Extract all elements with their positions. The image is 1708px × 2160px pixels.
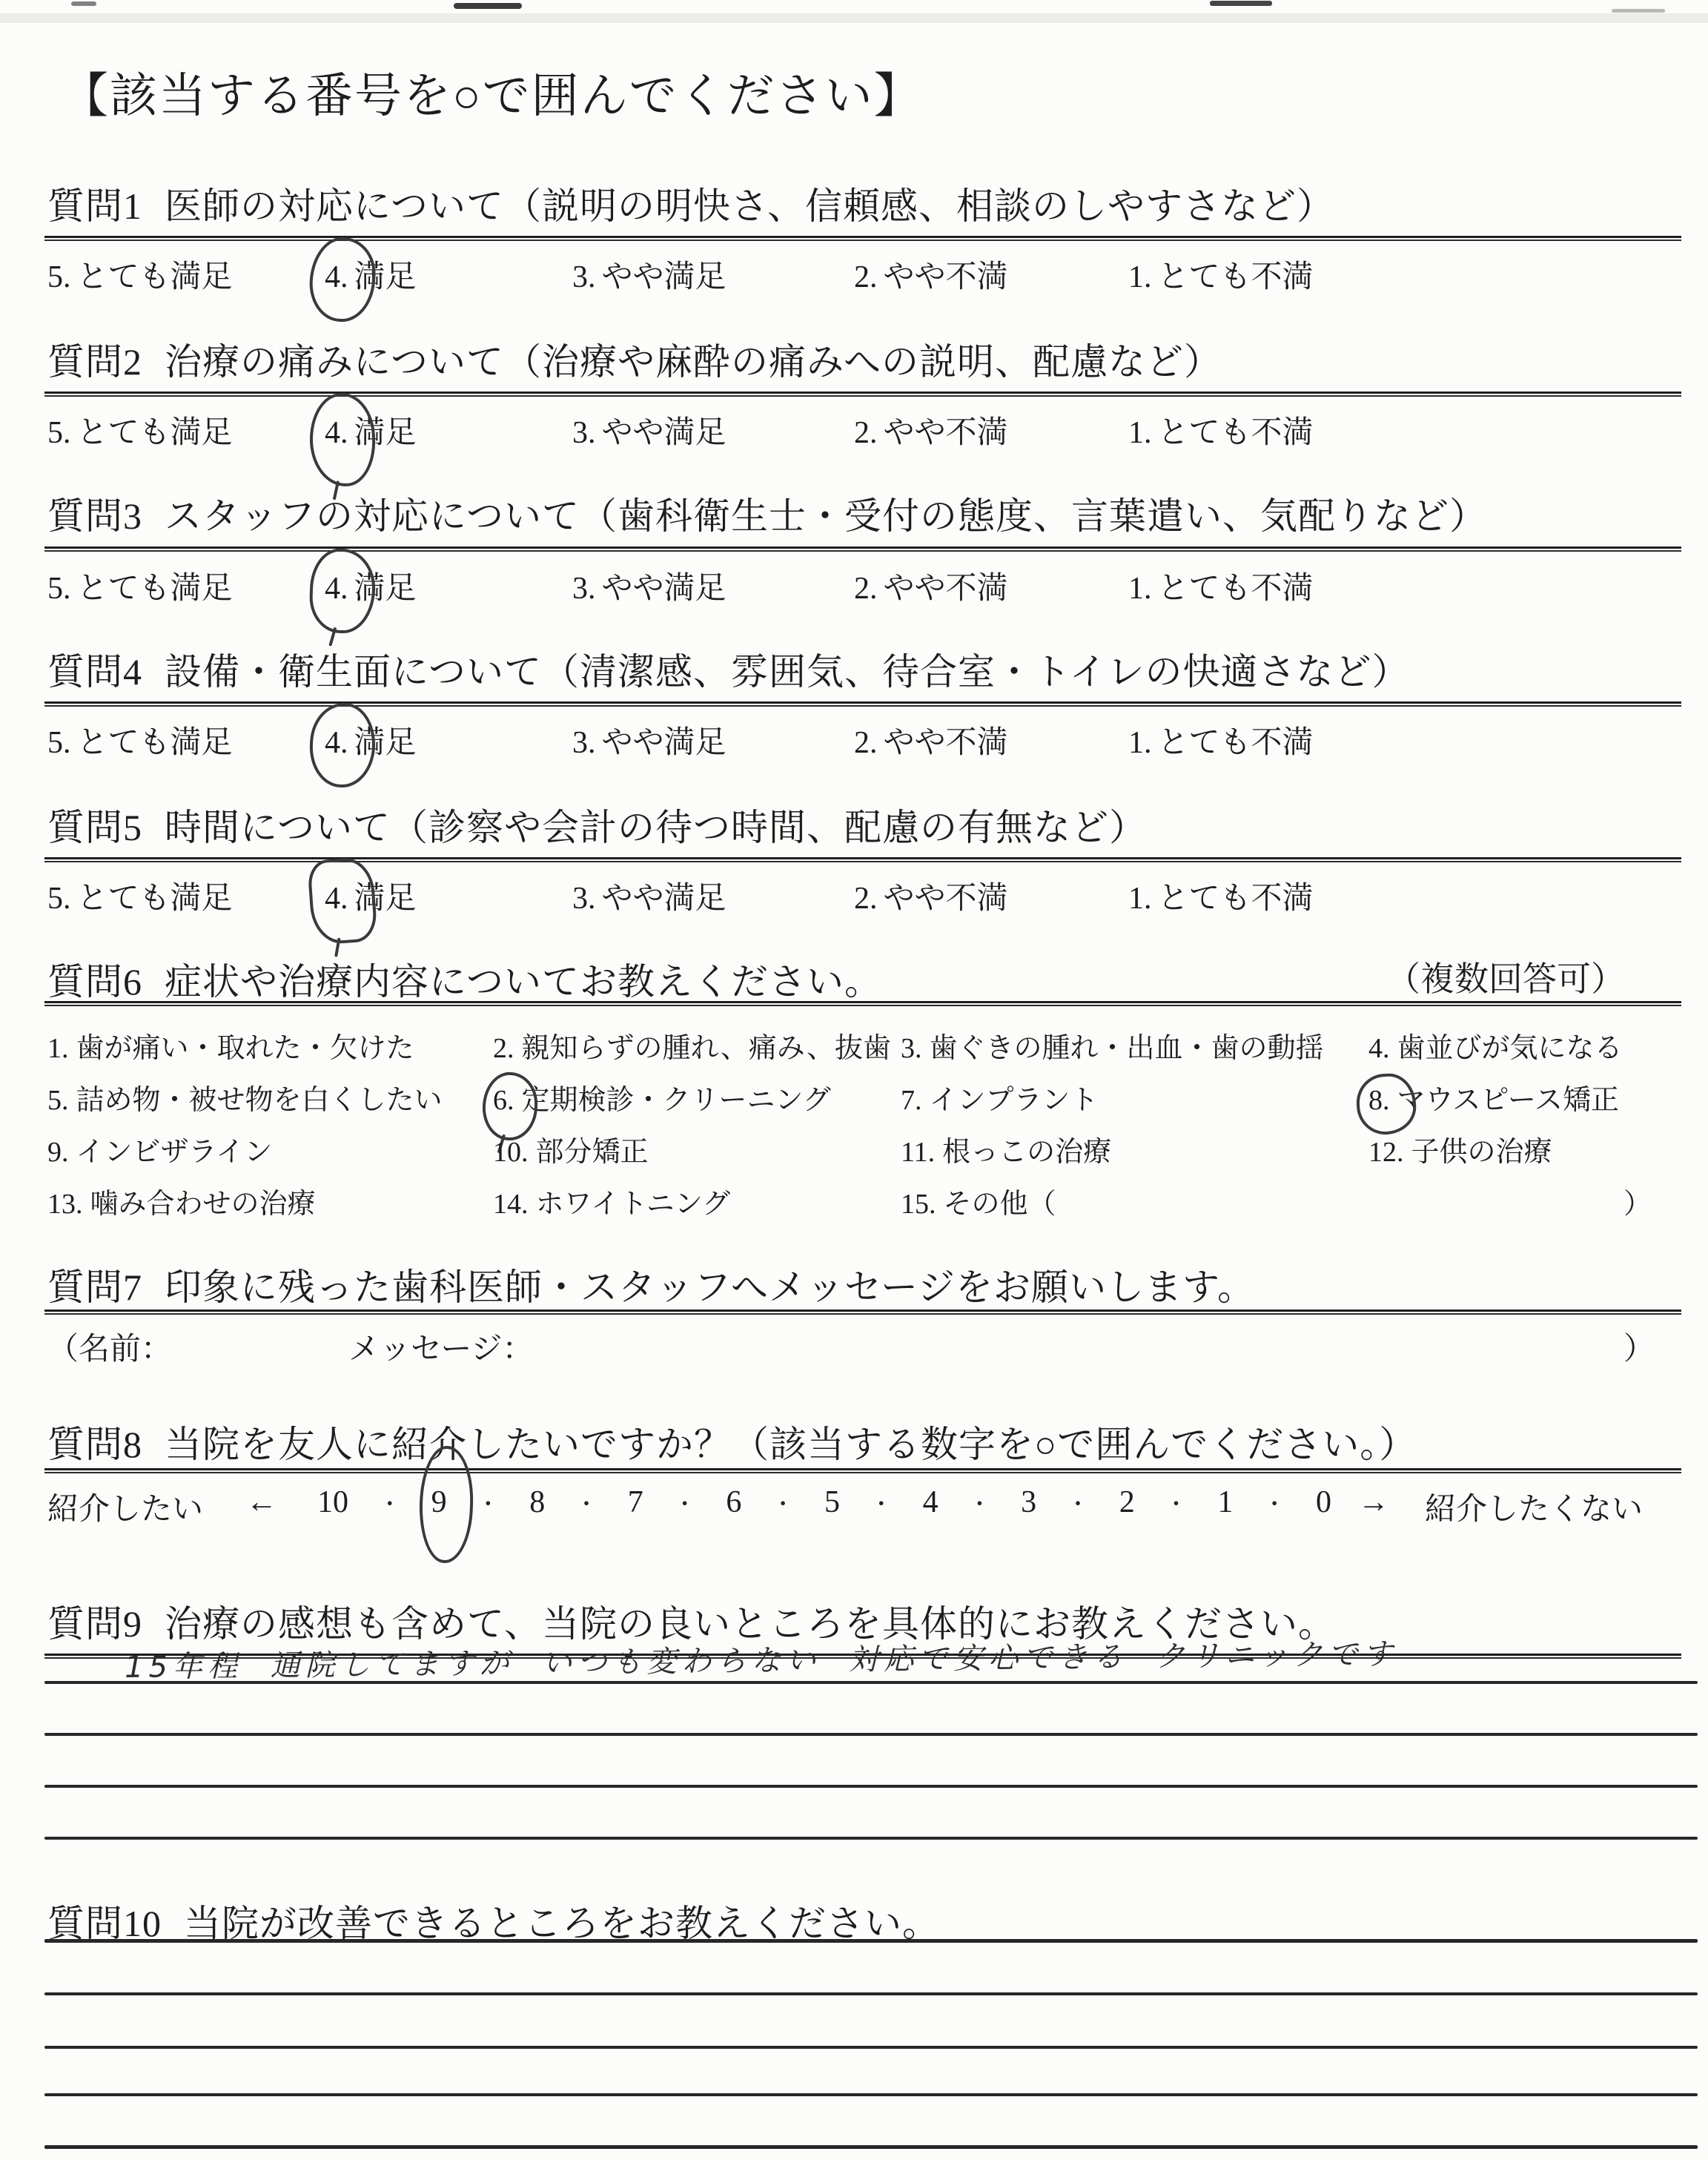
option-number: 1.: [1128, 572, 1152, 606]
item-number: 5.: [47, 1085, 69, 1116]
divider: [44, 857, 1681, 862]
divider: [44, 701, 1681, 707]
scale-value: 10: [317, 1484, 348, 1520]
question-6-row-2: 5.詰め物・被せ物を白くしたい 6.定期検診・クリーニング 7.インプラント 8…: [0, 1077, 1708, 1121]
option-label: とても満足: [77, 416, 233, 450]
recommend-label: 紹介したい: [47, 1484, 203, 1529]
question-6-row-4: 13.噛み合わせの治療 14.ホワイトニング 15.その他（ ）: [0, 1180, 1708, 1225]
divider: [44, 236, 1681, 241]
option-label: 満足: [354, 260, 417, 294]
item-number: 7.: [901, 1085, 922, 1116]
option-label: とても不満: [1158, 416, 1314, 450]
answer-line: [44, 1939, 1698, 1943]
question-7-label: 質問7: [47, 1258, 142, 1311]
answer-line: [44, 2046, 1698, 2049]
item-label: ホワイトニング: [536, 1189, 731, 1220]
question-5-text: 時間について（診察や会計の待つ時間、配慮の有無など）: [165, 798, 1147, 851]
option-number-circled: 4.: [325, 416, 348, 450]
scale-separator: ・: [674, 1486, 696, 1519]
right-arrow-icon: →: [1358, 1484, 1389, 1520]
item-number: 2.: [493, 1033, 514, 1064]
option-label: やや満足: [602, 572, 726, 606]
option-label: とても不満: [1158, 726, 1314, 760]
item-number-circled: 6.: [493, 1085, 514, 1116]
page-title: 【該当する番号を○で囲んでください】: [61, 58, 923, 126]
scale-separator: ・: [1165, 1486, 1188, 1519]
answer-line: [44, 2093, 1698, 2096]
scale-separator: ・: [379, 1486, 401, 1519]
scan-artifact: [1612, 9, 1665, 13]
option-number: 3.: [572, 726, 596, 760]
scale-separator: ・: [477, 1486, 499, 1519]
scan-artifact: [0, 13, 1708, 23]
option-number-circled: 4.: [325, 726, 348, 760]
item-number: 3.: [901, 1033, 922, 1064]
option-number: 3.: [572, 416, 596, 450]
question-4-title: 質問4 設備・衛生面について（清潔感、雰囲気、待合室・トイレの快適さなど）: [47, 642, 1410, 696]
scale-value: 5: [824, 1484, 840, 1520]
item-number-circled: 8.: [1368, 1085, 1390, 1116]
item-label: 噛み合わせの治療: [90, 1189, 316, 1220]
divider: [44, 1468, 1681, 1473]
close-paren: ）: [1623, 1324, 1655, 1369]
option-number: 1.: [1128, 882, 1152, 916]
option-label: とても満足: [77, 572, 233, 606]
option-label: とても満足: [77, 882, 233, 916]
option-number: 5.: [47, 572, 71, 606]
option-number: 1.: [1128, 260, 1152, 294]
question-5-label: 質問5: [47, 798, 142, 851]
scan-artifact: [1210, 1, 1272, 6]
name-field-label: （名前：: [47, 1324, 172, 1369]
answer-line: [44, 2145, 1698, 2149]
question-6-text: 症状や治療内容についてお教えください。: [165, 952, 882, 1005]
question-7-title: 質問7 印象に残った歯科医師・スタッフへメッセージをお願いします。: [47, 1258, 1255, 1311]
left-arrow-icon: ←: [246, 1484, 277, 1520]
scale-value-circled: 9: [431, 1485, 447, 1519]
divider: [44, 546, 1681, 552]
answer-line: [44, 1681, 1698, 1684]
question-1-label: 質問1: [47, 176, 142, 230]
item-label: 歯が痛い・取れた・欠けた: [76, 1033, 414, 1064]
answer-line: [44, 1992, 1698, 1995]
option-label: 満足: [354, 726, 417, 760]
option-number: 3.: [572, 572, 596, 606]
option-label: やや不満: [884, 572, 1008, 606]
option-number: 2.: [854, 260, 878, 294]
scale-separator: ・: [1263, 1486, 1285, 1519]
question-1-options: 5.とても満足 4.満足 3.やや満足 2.やや不満 1.とても不満: [0, 252, 1708, 297]
question-8-title: 質問8 当院を友人に紹介したいですか？（該当する数字を○で囲んでください。）: [47, 1415, 1417, 1468]
option-label: やや不満: [884, 260, 1008, 294]
question-8-label: 質問8: [47, 1415, 142, 1468]
question-7-text: 印象に残った歯科医師・スタッフへメッセージをお願いします。: [165, 1258, 1255, 1311]
option-label: とても満足: [77, 260, 233, 294]
question-8-text: 当院を友人に紹介したいですか？（該当する数字を○で囲んでください。）: [165, 1415, 1417, 1468]
divider: [44, 1001, 1681, 1006]
scale-separator: ・: [772, 1486, 794, 1519]
answer-line: [44, 1837, 1698, 1840]
scale-value: 7: [628, 1484, 643, 1520]
question-3-text: スタッフの対応について（歯科衛生士・受付の態度、言葉遣い、気配りなど）: [165, 486, 1487, 540]
question-3-label: 質問3: [47, 486, 142, 540]
divider: [44, 392, 1681, 397]
option-label: とても満足: [77, 726, 233, 760]
scale-value: 0: [1316, 1484, 1331, 1520]
question-1-text: 医師の対応について（説明の明快さ、信頼感、相談のしやすさなど）: [165, 176, 1334, 230]
item-label: インプラント: [930, 1085, 1099, 1116]
scale-separator: ・: [575, 1486, 598, 1519]
answer-line: [44, 1785, 1698, 1788]
option-label: とても不満: [1158, 572, 1314, 606]
item-label: 子供の治療: [1411, 1137, 1552, 1168]
scale-value: 8: [529, 1484, 545, 1520]
question-4-text: 設備・衛生面について（清潔感、雰囲気、待合室・トイレの快適さなど）: [165, 642, 1410, 696]
question-6-row-3: 9.インビザライン 10.部分矯正 11.根っこの治療 12.子供の治療: [0, 1129, 1708, 1173]
question-9-label: 質問9: [47, 1594, 142, 1648]
question-6-row-1: 1.歯が痛い・取れた・欠けた 2.親知らずの腫れ、痛み、抜歯 3.歯ぐきの腫れ・…: [0, 1025, 1708, 1069]
divider: [44, 1309, 1681, 1315]
option-number: 2.: [854, 726, 878, 760]
other-close-paren: ）: [1623, 1180, 1652, 1221]
question-6-title: 質問6 症状や治療内容についてお教えください。: [47, 952, 882, 1005]
question-5-options: 5.とても満足 4.満足 3.やや満足 2.やや不満 1.とても不満: [0, 873, 1708, 918]
option-number: 1.: [1128, 726, 1152, 760]
question-4-options: 5.とても満足 4.満足 3.やや満足 2.やや不満 1.とても不満: [0, 718, 1708, 762]
option-label: やや満足: [602, 260, 726, 294]
item-number: 11.: [901, 1137, 935, 1168]
option-number: 5.: [47, 882, 71, 916]
item-number: 12.: [1368, 1137, 1404, 1168]
option-number: 1.: [1128, 416, 1152, 450]
item-number: 1.: [47, 1033, 69, 1064]
option-number: 3.: [572, 260, 596, 294]
question-3-options: 5.とても満足 4.満足 3.やや満足 2.やや不満 1.とても不満: [0, 564, 1708, 608]
item-number: 4.: [1368, 1033, 1390, 1064]
question-1-title: 質問1 医師の対応について（説明の明快さ、信頼感、相談のしやすさなど）: [47, 176, 1334, 230]
option-number: 3.: [572, 882, 596, 916]
item-label: 定期検診・クリーニング: [522, 1085, 831, 1116]
scan-artifact: [71, 1, 96, 6]
option-label: やや不満: [884, 416, 1008, 450]
option-number: 5.: [47, 726, 71, 760]
item-label: マウスピース矯正: [1397, 1085, 1619, 1116]
option-label: とても不満: [1158, 882, 1314, 916]
option-label: やや満足: [602, 416, 726, 450]
item-number: 14.: [493, 1189, 529, 1220]
question-5-title: 質問5 時間について（診察や会計の待つ時間、配慮の有無など）: [47, 798, 1147, 851]
question-3-title: 質問3 スタッフの対応について（歯科衛生士・受付の態度、言葉遣い、気配りなど）: [47, 486, 1487, 540]
scanned-survey-page: 【該当する番号を○で囲んでください】 質問1 医師の対応について（説明の明快さ、…: [0, 0, 1708, 2160]
scale-value: 4: [923, 1484, 939, 1520]
question-6-label: 質問6: [47, 952, 142, 1005]
item-label: 根っこの治療: [942, 1137, 1111, 1168]
item-label: 歯並びが気になる: [1397, 1033, 1623, 1064]
question-2-options: 5.とても満足 4.満足 3.やや満足 2.やや不満 1.とても不満: [0, 408, 1708, 452]
scale-separator: ・: [870, 1486, 893, 1519]
option-label: 満足: [354, 882, 417, 916]
option-number-circled: 4.: [325, 572, 348, 606]
item-number: 9.: [47, 1137, 69, 1168]
option-label: やや満足: [602, 726, 726, 760]
option-number-circled: 4.: [325, 260, 348, 294]
item-label: 歯ぐきの腫れ・出血・歯の動揺: [930, 1033, 1324, 1064]
option-number-circled: 4.: [325, 882, 348, 916]
item-label: インビザライン: [76, 1137, 273, 1168]
not-recommend-label: 紹介したくない: [1425, 1484, 1643, 1529]
scale-separator: ・: [1067, 1486, 1089, 1519]
option-label: 満足: [354, 572, 417, 606]
option-number: 2.: [854, 416, 878, 450]
option-label: やや満足: [602, 882, 726, 916]
option-label: やや不満: [884, 726, 1008, 760]
item-label: 詰め物・被せ物を白くしたい: [76, 1085, 443, 1116]
item-number: 15.: [901, 1189, 936, 1220]
message-field-label: メッセージ：: [348, 1324, 533, 1369]
option-label: とても不満: [1158, 260, 1314, 294]
item-label: 親知らずの腫れ、痛み、抜歯: [522, 1033, 892, 1064]
item-label: 部分矯正: [536, 1137, 649, 1168]
scale-value: 2: [1119, 1484, 1135, 1520]
question-2-text: 治療の痛みについて（治療や麻酔の痛みへの説明、配慮など）: [165, 332, 1222, 386]
scan-artifact: [454, 3, 522, 9]
option-number: 5.: [47, 416, 71, 450]
question-2-label: 質問2: [47, 332, 142, 386]
scale-value: 1: [1217, 1484, 1233, 1520]
scale-value: 6: [726, 1484, 741, 1520]
option-number: 5.: [47, 260, 71, 294]
option-label: やや不満: [884, 882, 1008, 916]
item-number: 13.: [47, 1189, 83, 1220]
option-label: 満足: [354, 416, 417, 450]
answer-line: [44, 1733, 1698, 1736]
scale-value: 3: [1021, 1484, 1036, 1520]
question-4-label: 質問4: [47, 642, 142, 696]
item-number: 10.: [493, 1137, 529, 1168]
scale-separator: ・: [968, 1486, 990, 1519]
multiple-answers-note: （複数回答可）: [1386, 952, 1625, 1001]
nps-scale: 10・ 9・ 8・ 7・ 6・ 5・ 4・ 3・ 2・ 1・ 0: [317, 1484, 1331, 1520]
option-number: 2.: [854, 882, 878, 916]
item-label: その他（: [944, 1189, 1056, 1220]
question-2-title: 質問2 治療の痛みについて（治療や麻酔の痛みへの説明、配慮など）: [47, 332, 1222, 386]
option-number: 2.: [854, 572, 878, 606]
